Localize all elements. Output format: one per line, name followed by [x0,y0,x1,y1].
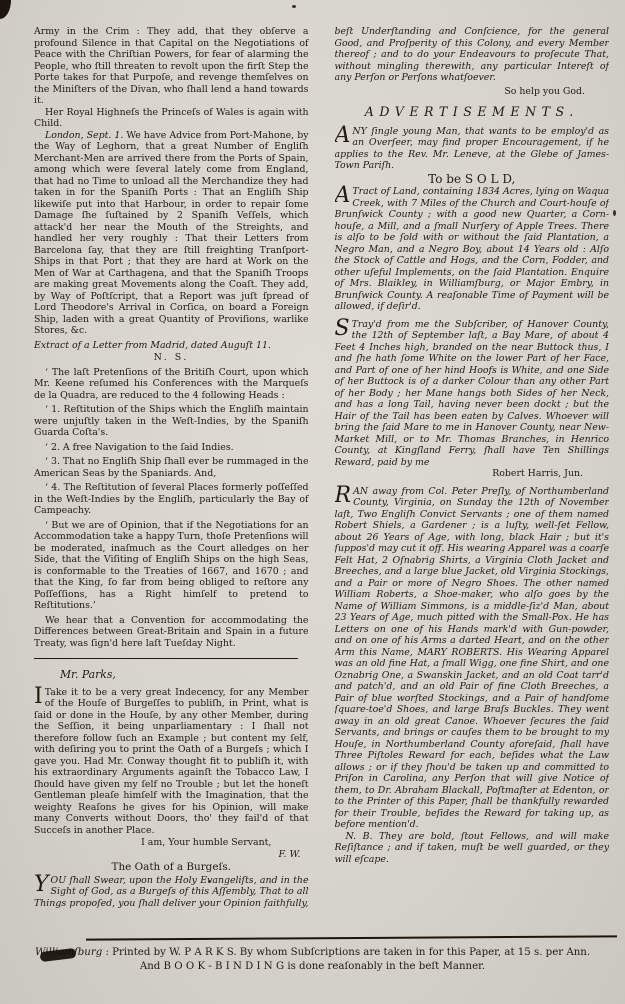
drop-cap: Y [34,875,51,894]
columns-container: Army in the Crim : They add, that they o… [0,0,625,910]
news-paragraph-london: London, Sept. 1. We have Advice from Por… [34,130,309,337]
oath-continuation: beſt Underſtanding and Conſcience, for t… [335,26,610,84]
ad-overseer-text: NY ſingle young Man, that wants to be em… [335,126,610,172]
ad-land-sale-text: Tract of Land, containing 1834 Acres, ly… [335,186,610,312]
quote-paragraph-opinion: ‘ But we are of Opinion, that if the Neg… [34,520,309,612]
quote-paragraph-pretensions: ‘ The laſt Pretenſions of the Britiſh Co… [34,367,309,402]
letter-body-text: Take it to be a very great Indecency, fo… [34,687,309,836]
ad-runaway-servants-text: AN away from Col. Peter Preſly, of North… [335,486,610,831]
dateline: London, Sept. 1. [45,130,123,141]
oath-body: YOU ſhall Swear, upon the Holy Evangeliſ… [34,875,309,911]
oath-heading: The Oath of a Burgeſs. [34,862,309,874]
letter-signature: F. W. [34,849,309,861]
ink-speck [292,5,296,8]
ns-heading: N. S. [34,352,309,364]
drop-cap: I [34,687,45,706]
quote-paragraph-head-3: ‘ 3. That no Engliſh Ship ſhall ever be … [34,456,309,479]
ad-strayed-mare: STray'd from me the Subſcriber, of Hanov… [335,319,610,469]
to-be-sold-heading: To be S O L D, [335,174,610,186]
imprint-line-2: And B O O K - B I N D I N G is done reaſ… [0,960,625,974]
ink-speck [208,880,211,883]
drop-cap: R [335,486,354,505]
ad-runaway-servants: RAN away from Col. Peter Preſly, of Nort… [335,486,610,831]
imprint: Williamſburg : Printed by W. P A R K S. … [0,946,625,973]
ad-overseer: ANY ſingle young Man, that wants to be e… [335,126,610,172]
quote-paragraph-head-2: ‘ 2. A free Navigation to the ſaid Indie… [34,442,309,454]
right-column: beſt Underſtanding and Conſcience, for t… [335,26,610,910]
news-paragraph-london-text: We have Advice from Port-Mahone, by the … [34,130,309,337]
news-paragraph-princess: Her Royal Highneſs the Princeſs of Wales… [34,107,309,130]
advertisements-heading: ADVERTISEMENTS. [335,106,610,118]
quote-paragraph-head-4: ‘ 4. The Reſtitution of ſeveral Places f… [34,482,309,517]
letter-signoff: I am, Your humble Servant, [34,837,309,849]
letter-salutation: Mr. Parks, [34,669,309,681]
oath-so-help: So help you God. [335,86,610,98]
ad-land-sale: ATract of Land, containing 1834 Acres, l… [335,186,610,313]
imprint-line-1-text: : Printed by W. P A R K S. By whom Subſc… [102,947,590,958]
news-paragraph-convention: We hear that a Convention for accommodat… [34,615,309,650]
ad-runaway-nb: N. B. They are bold, ſtout Fellows, and … [335,831,610,866]
left-column: Army in the Crim : They add, that they o… [34,26,309,910]
ad-strayed-mare-text: Tray'd from me the Subſcriber, of Hanove… [335,319,610,468]
ink-speck [613,210,616,216]
news-paragraph-army: Army in the Crim : They add, that they o… [34,26,309,107]
newspaper-page: Army in the Crim : They add, that they o… [0,0,625,1004]
drop-cap: A [335,186,353,205]
footer-rule [86,935,617,940]
quote-paragraph-head-1: ‘ 1. Reſtitution of the Ships which the … [34,404,309,439]
extract-heading: Extract of a Letter from Madrid, dated A… [34,340,309,352]
drop-cap: S [335,319,352,338]
ad-strayed-mare-signoff: Robert Harris, Jun. [335,468,610,480]
imprint-line-1: Williamſburg : Printed by W. P A R K S. … [0,946,625,960]
oath-body-text: OU ſhall Swear, upon the Holy Evangeliſt… [34,875,309,911]
drop-cap: A [335,126,353,145]
section-divider-rule [34,658,298,659]
letter-body: ITake it to be a very great Indecency, f… [34,687,309,837]
